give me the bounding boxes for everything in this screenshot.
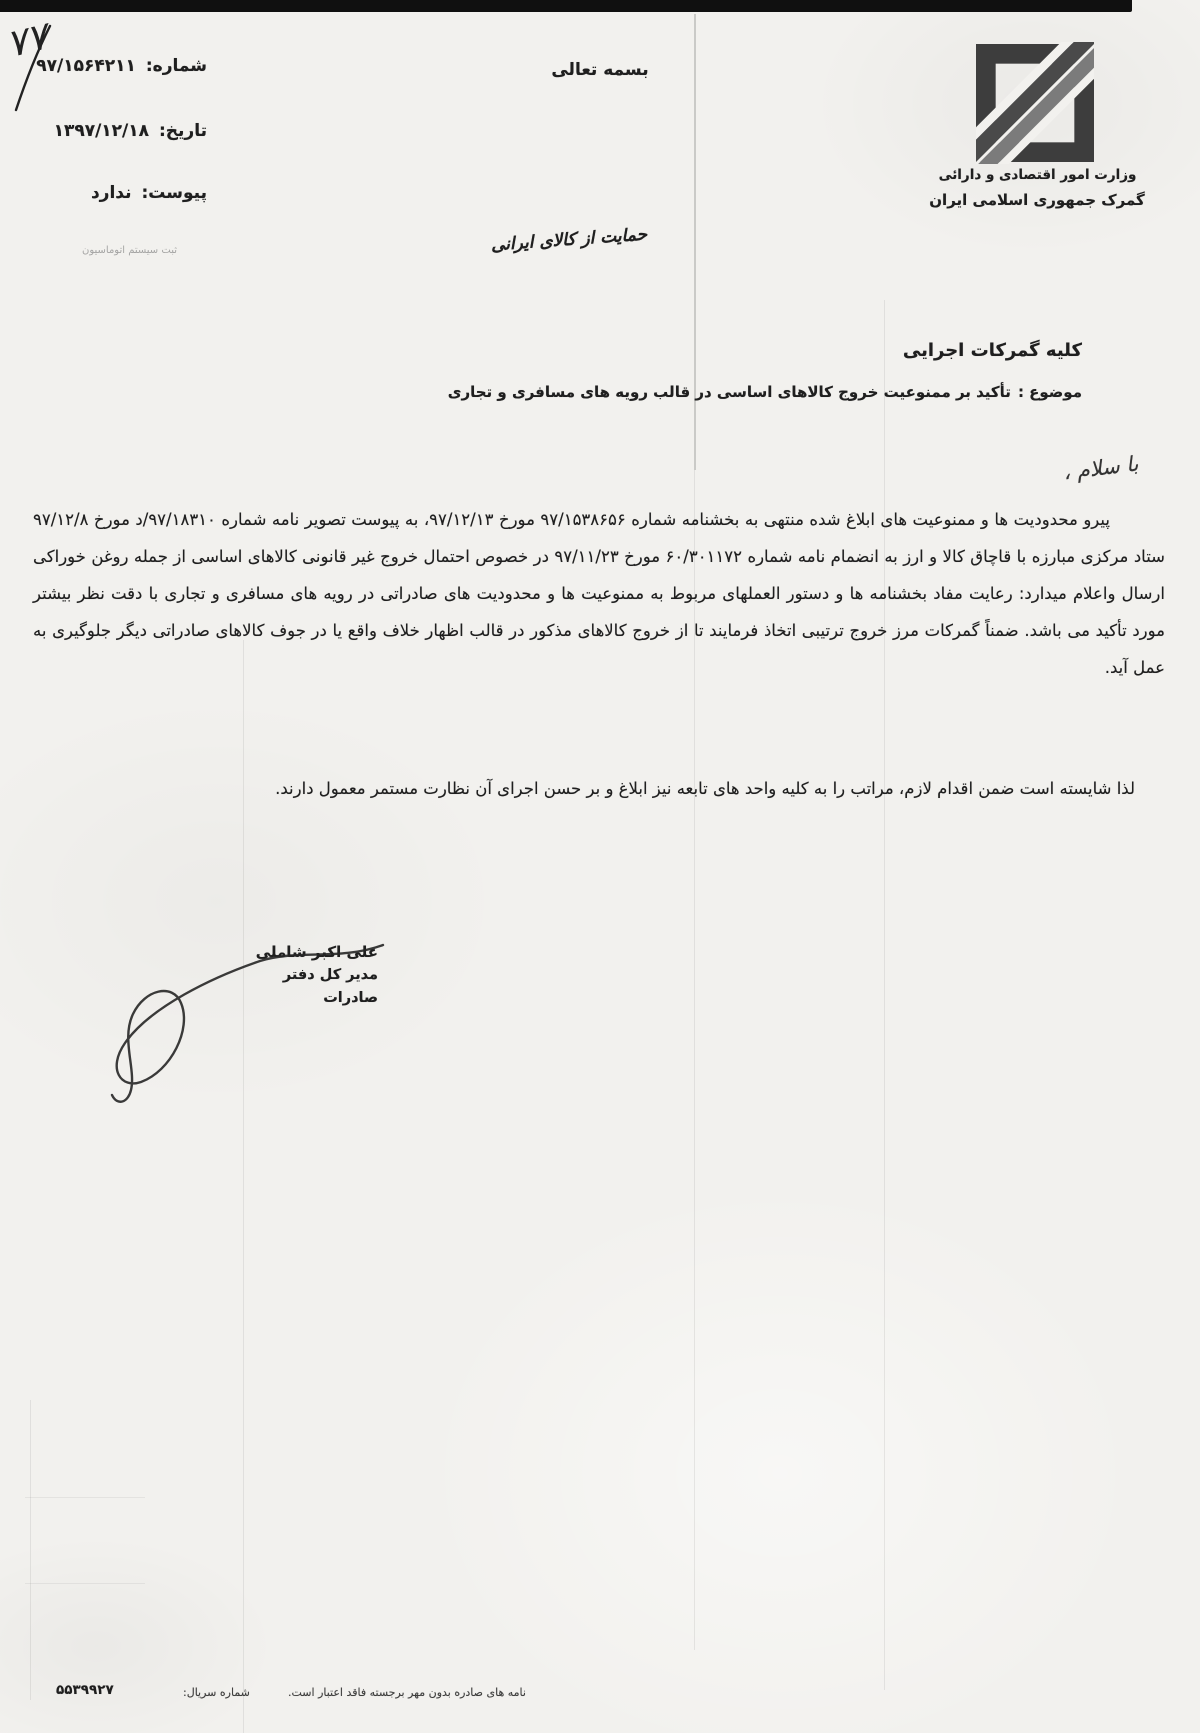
- body-paragraph-2: لذا شایسته است ضمن اقدام لازم، مراتب را …: [33, 770, 1165, 807]
- attachment-row: پیوست: ندارد: [91, 183, 207, 203]
- fold-line: [25, 1497, 145, 1498]
- date-label: تاریخ:: [159, 121, 207, 141]
- organization-name: گمرک جمهوری اسلامی ایران: [913, 191, 1161, 209]
- letter-number-row: شماره: ۹۷/۱۵۶۴۲۱۱: [36, 56, 207, 76]
- fold-line: [694, 14, 696, 470]
- year-slogan: حمایت از کالای ایرانی: [452, 222, 687, 258]
- subject-line: موضوع : تأکید بر ممنوعیت خروج کالاهای اس…: [448, 383, 1082, 401]
- customs-emblem-icon: [976, 42, 1094, 164]
- letter-date-row: تاریخ: ۱۳۹۷/۱۲/۱۸: [54, 121, 207, 141]
- footer-serial-value: ۵۵۳۹۹۲۷: [56, 1682, 114, 1698]
- body-paragraph-1: پیرو محدودیت ها و ممنوعیت های ابلاغ شده …: [33, 501, 1165, 686]
- number-label: شماره:: [146, 56, 207, 76]
- footer-serial-label: شماره سریال:: [183, 1686, 250, 1699]
- subject-label: موضوع :: [1018, 383, 1082, 401]
- attachment-value: ندارد: [91, 183, 132, 203]
- signature-stroke: [112, 945, 383, 1102]
- recipient-line: کلیه گمرکات اجرایی: [903, 340, 1082, 361]
- fold-line: [30, 1400, 31, 1700]
- subject-text: تأکید بر ممنوعیت خروج کالاهای اساسی در ق…: [448, 383, 1011, 401]
- salutation-handwritten: با سلام ،: [1061, 451, 1139, 484]
- fold-line: [25, 1583, 145, 1584]
- date-value: ۱۳۹۷/۱۲/۱۸: [54, 121, 149, 141]
- attachment-label: پیوست:: [142, 183, 208, 203]
- footer-validity-note: نامه های صادره بدون مهر برجسته فاقد اعتب…: [288, 1686, 526, 1699]
- bismillah-heading: بسمه تعالی: [470, 60, 730, 80]
- signature-scribble: [95, 903, 390, 1118]
- ministry-name: وزارت امور اقتصادی و دارائی: [930, 167, 1145, 183]
- automation-note: ثبت سیستم اتوماسیون: [82, 245, 177, 256]
- scan-top-bar: [0, 0, 1132, 12]
- number-value: ۹۷/۱۵۶۴۲۱۱: [36, 56, 136, 76]
- scanned-letter-page: ۷۷ شماره: ۹۷/۱۵۶۴۲۱۱ تاریخ: ۱۳۹۷/۱۲/۱۸ پ…: [0, 0, 1200, 1733]
